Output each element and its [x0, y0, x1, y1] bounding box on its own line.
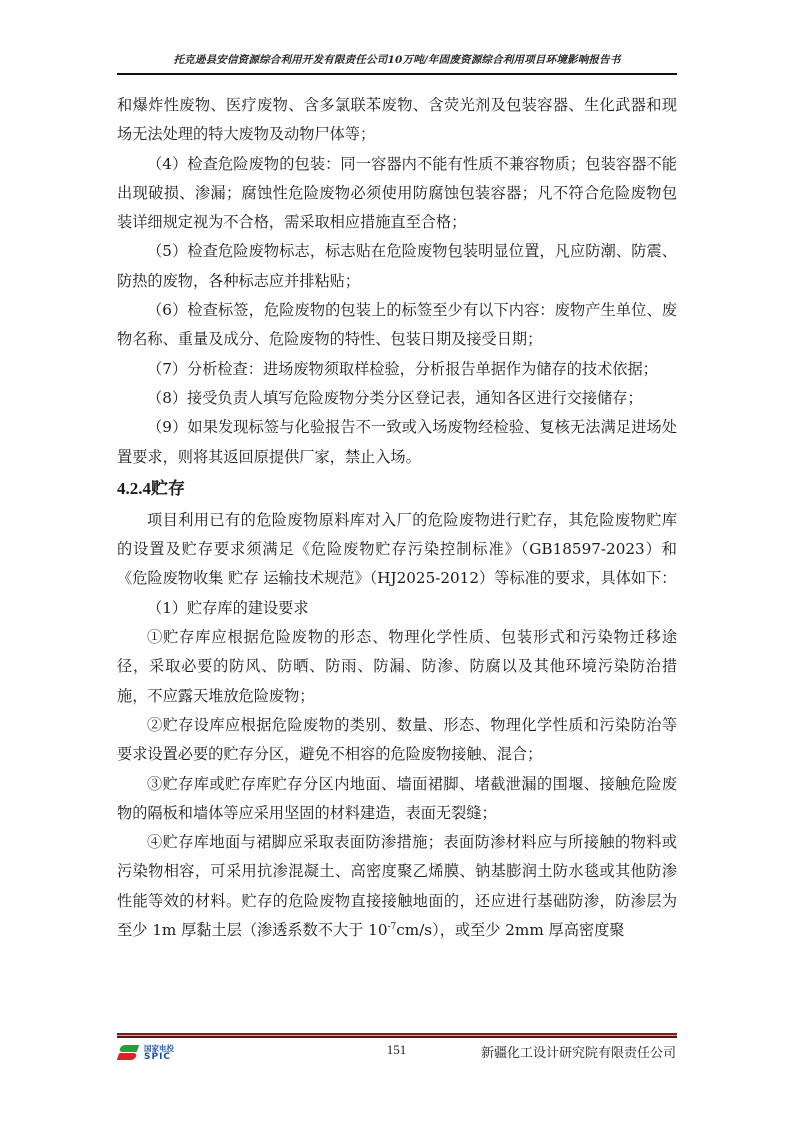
paragraph: ③贮存库或贮存库贮存分区内地面、墙面裙脚、堵截泄漏的围堰、接触危险废物的隔板和墙…	[117, 770, 677, 829]
paragraph: （7）分析检查：进场废物须取样检验，分析报告单据作为储存的技术依据；	[117, 355, 677, 384]
paragraph: （6）检查标签，危险废物的包装上的标签至少有以下内容：废物产生单位、废物名称、重…	[117, 296, 677, 355]
document-body: 和爆炸性废物、医疗废物、含多氯联苯废物、含荧光剂及包装容器、生化武器和现场无法处…	[117, 91, 677, 945]
paragraph: （5）检查危险废物标志，标志贴在危险废物包装明显位置，凡应防潮、防震、防热的废物…	[117, 237, 677, 296]
paragraph: ①贮存库应根据危险废物的形态、物理化学性质、包装形式和污染物迁移途径，采取必要的…	[117, 623, 677, 711]
section-heading: 4.2.4贮存	[117, 474, 677, 504]
exponent: -7	[388, 922, 397, 932]
header-rule	[117, 73, 677, 75]
running-header: 托克逊县安信资源综合利用开发有限责任公司10万吨/年固废资源综合利用项目环境影响…	[117, 52, 677, 67]
paragraph: （4）检查危险废物的包装：同一容器内不能有性质不兼容物质；包装容器不能出现破损、…	[117, 150, 677, 238]
paragraph: （1）贮存库的建设要求	[117, 594, 677, 623]
paragraph: 和爆炸性废物、医疗废物、含多氯联苯废物、含荧光剂及包装容器、生化武器和现场无法处…	[117, 91, 677, 150]
paragraph: 项目利用已有的危险废物原料库对入厂的危险废物进行贮存，其危险废物贮库的设置及贮存…	[117, 506, 677, 594]
footer-company: 新疆化工设计研究院有限责任公司	[481, 1042, 676, 1061]
paragraph-with-superscript: ④贮存库地面与裙脚应采取表面防渗措施；表面防渗材料应与所接触的物料或污染物相容，…	[117, 828, 677, 945]
paragraph-tail: cm/s），或至少 2mm 厚高密度聚	[396, 921, 624, 939]
footer-rule	[117, 1033, 677, 1038]
paragraph: （8）接受负责人填写危险废物分类分区登记表，通知各区进行交接储存；	[117, 384, 677, 413]
paragraph: ②贮存设库应根据危险废物的类别、数量、形态、物理化学性质和污染防治等要求设置必要…	[117, 711, 677, 770]
paragraph: （9）如果发现标签与化验报告不一致或入场废物经检验、复核无法满足进场处置要求，则…	[117, 413, 677, 472]
